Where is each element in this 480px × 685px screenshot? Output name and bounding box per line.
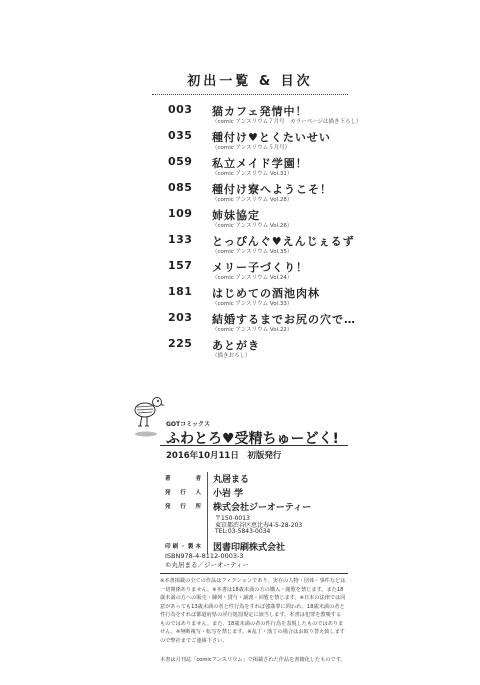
toc-page-number: 203: [168, 311, 200, 324]
toc-story-source: （comic アンスリウム Vol.31）: [212, 169, 292, 177]
toc-list: 003 猫カフェ発情中！ （comic アンスリウム７月号 カラーページは描き下…: [168, 100, 368, 360]
toc-story-source: （comic アンスリウム５月号）: [212, 143, 290, 151]
credit-label: 印刷・製本: [165, 542, 201, 550]
credit-value: 小岩 学: [213, 486, 243, 499]
toc-story-source: （comic アンスリウム Vol.22）: [212, 325, 292, 333]
toc-item: 059 私立メイド学園！ （comic アンスリウム Vol.31）: [168, 152, 368, 178]
credit-divider: [207, 486, 208, 500]
toc-page-number: 003: [168, 103, 200, 116]
toc-story-source: （comic アンスリウム７月号 カラーページは描き下ろし）: [212, 117, 362, 125]
toc-item: 085 種付け寮へようこそ！ （comic アンスリウム Vol.28）: [168, 178, 368, 204]
toc-page-number: 157: [168, 259, 200, 272]
toc-story-source: （comic アンスリウム Vol.28）: [212, 195, 292, 203]
credit-divider: [207, 472, 208, 486]
toc-story-source: （comic アンスリウム Vol.35）: [212, 247, 292, 255]
toc-story-source: （comic アンスリウム Vol.26）: [212, 221, 292, 229]
telephone: TEL:03-5843-0034: [215, 528, 270, 535]
imprint-label: GOTコミックス: [166, 419, 210, 428]
toc-page-number: 059: [168, 155, 200, 168]
toc-item: 203 結婚するまでお尻の穴で… （comic アンスリウム Vol.22）: [168, 308, 368, 334]
isbn: ISBN978-4-8112-0003-3: [165, 552, 249, 561]
credit-label: 発行人: [165, 488, 201, 496]
toc-story-source: （comic アンスリウム Vol.24）: [212, 273, 292, 281]
toc-item: 109 姉妹協定 （comic アンスリウム Vol.26）: [168, 204, 368, 230]
title-divider: [160, 445, 348, 446]
toc-page-number: 133: [168, 233, 200, 246]
toc-page-number: 035: [168, 129, 200, 142]
toc-title: 初出一覧 & 目次: [150, 70, 350, 89]
credits-block: 著者 丸居まる 発行人 小岩 学 発行所 株式会社ジーオーティー 〒150-00…: [165, 472, 355, 554]
toc-item: 133 とっぴんぐ♥えんじぇるず （comic アンスリウム Vol.35）: [168, 230, 368, 256]
credit-divider: [207, 500, 208, 540]
toc-page-number: 085: [168, 181, 200, 194]
toc-item: 035 種付け♥とくたいせい （comic アンスリウム５月号）: [168, 126, 368, 152]
toc-item: 157 メリー子づくり！ （comic アンスリウム Vol.24）: [168, 256, 368, 282]
toc-divider: [152, 94, 348, 95]
credit-row-author: 著者 丸居まる: [165, 472, 355, 486]
toc-item: 225 あとがき （描きおろし）: [168, 334, 368, 360]
toc-story-source: （comic アンスリウム Vol.33）: [212, 299, 292, 307]
toc-item: 181 はじめての酒池肉林 （comic アンスリウム Vol.33）: [168, 282, 368, 308]
toc-page-number: 109: [168, 207, 200, 220]
toc-story-source: （描きおろし）: [212, 351, 251, 359]
credit-value: 株式会社ジーオーティー: [213, 500, 311, 513]
isbn-block: ISBN978-4-8112-0003-3 ©丸居まる／ジーオーティー: [165, 552, 249, 570]
toc-page-number: 181: [168, 285, 200, 298]
credit-label: 著者: [165, 474, 201, 482]
credit-row-publisher-person: 発行人 小岩 学: [165, 486, 355, 500]
copyright: ©丸居まる／ジーオーティー: [165, 561, 249, 570]
credit-value: 丸居まる: [213, 472, 249, 485]
credit-row-publisher: 発行所 株式会社ジーオーティー 〒150-0013 東京都渋谷区恵比寿4-5-2…: [165, 500, 355, 540]
toc-item: 003 猫カフェ発情中！ （comic アンスリウム７月号 カラーページは描き下…: [168, 100, 368, 126]
footer-note: 本書は月刊誌「comicアンスリウム」で掲載された作品を書籍化したものです。: [160, 656, 346, 663]
credit-label: 発行所: [165, 502, 201, 510]
bird-logo-icon: [132, 392, 166, 442]
publication-date: 2016年10月11日 初版発行: [166, 449, 281, 461]
toc-page-number: 225: [168, 337, 200, 350]
disclaimer-text: ※本書掲載の全ての作品はフィクションであり、実在の人物・団体・事件などは一切関係…: [160, 577, 346, 645]
disclaimer-divider: [160, 573, 348, 574]
